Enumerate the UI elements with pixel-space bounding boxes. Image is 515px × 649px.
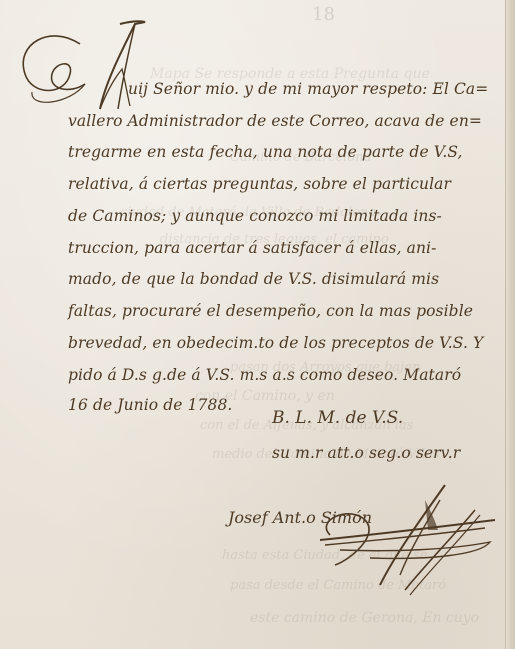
letter-date-line: 16 de Junio de 1788.: [68, 396, 232, 414]
signature-rubric-icon: [310, 480, 500, 610]
letter-line: truccion, para acertar á satisfacer á el…: [68, 239, 436, 257]
manuscript-page: 18 Mapa Se responde a esta Pregunta que …: [0, 0, 515, 649]
letter-line: faltas, procuraré el desempeño, con la m…: [68, 302, 473, 320]
page-edge: [505, 0, 515, 649]
initial-letter-flourish-icon: [10, 14, 170, 124]
closing-salutation: B. L. M. de V.S.: [272, 408, 403, 428]
letter-line: uij Señor mio. y de mi mayor respeto: El…: [128, 80, 488, 98]
letter-line: brevedad, en obedecim.to de los precepto…: [68, 334, 483, 352]
closing-subscription: su m.r att.o seg.o serv.r: [272, 444, 460, 462]
letter-line: vallero Administrador de este Correo, ac…: [68, 112, 482, 130]
bleed-through-page-number: 18: [312, 4, 335, 25]
bleed-through-line: este camino de Gerona, En cuyo: [250, 610, 479, 626]
letter-line: pido á D.s g.de á V.S. m.s a.s como dese…: [68, 366, 461, 384]
letter-line: tregarme en esta fecha, una nota de part…: [68, 143, 463, 161]
letter-line: mado, de que la bondad de V.S. disimular…: [68, 270, 439, 288]
letter-line: de Caminos; y aunque conozco mi limitada…: [68, 207, 442, 225]
letter-line: relativa, á ciertas preguntas, sobre el …: [68, 175, 451, 193]
